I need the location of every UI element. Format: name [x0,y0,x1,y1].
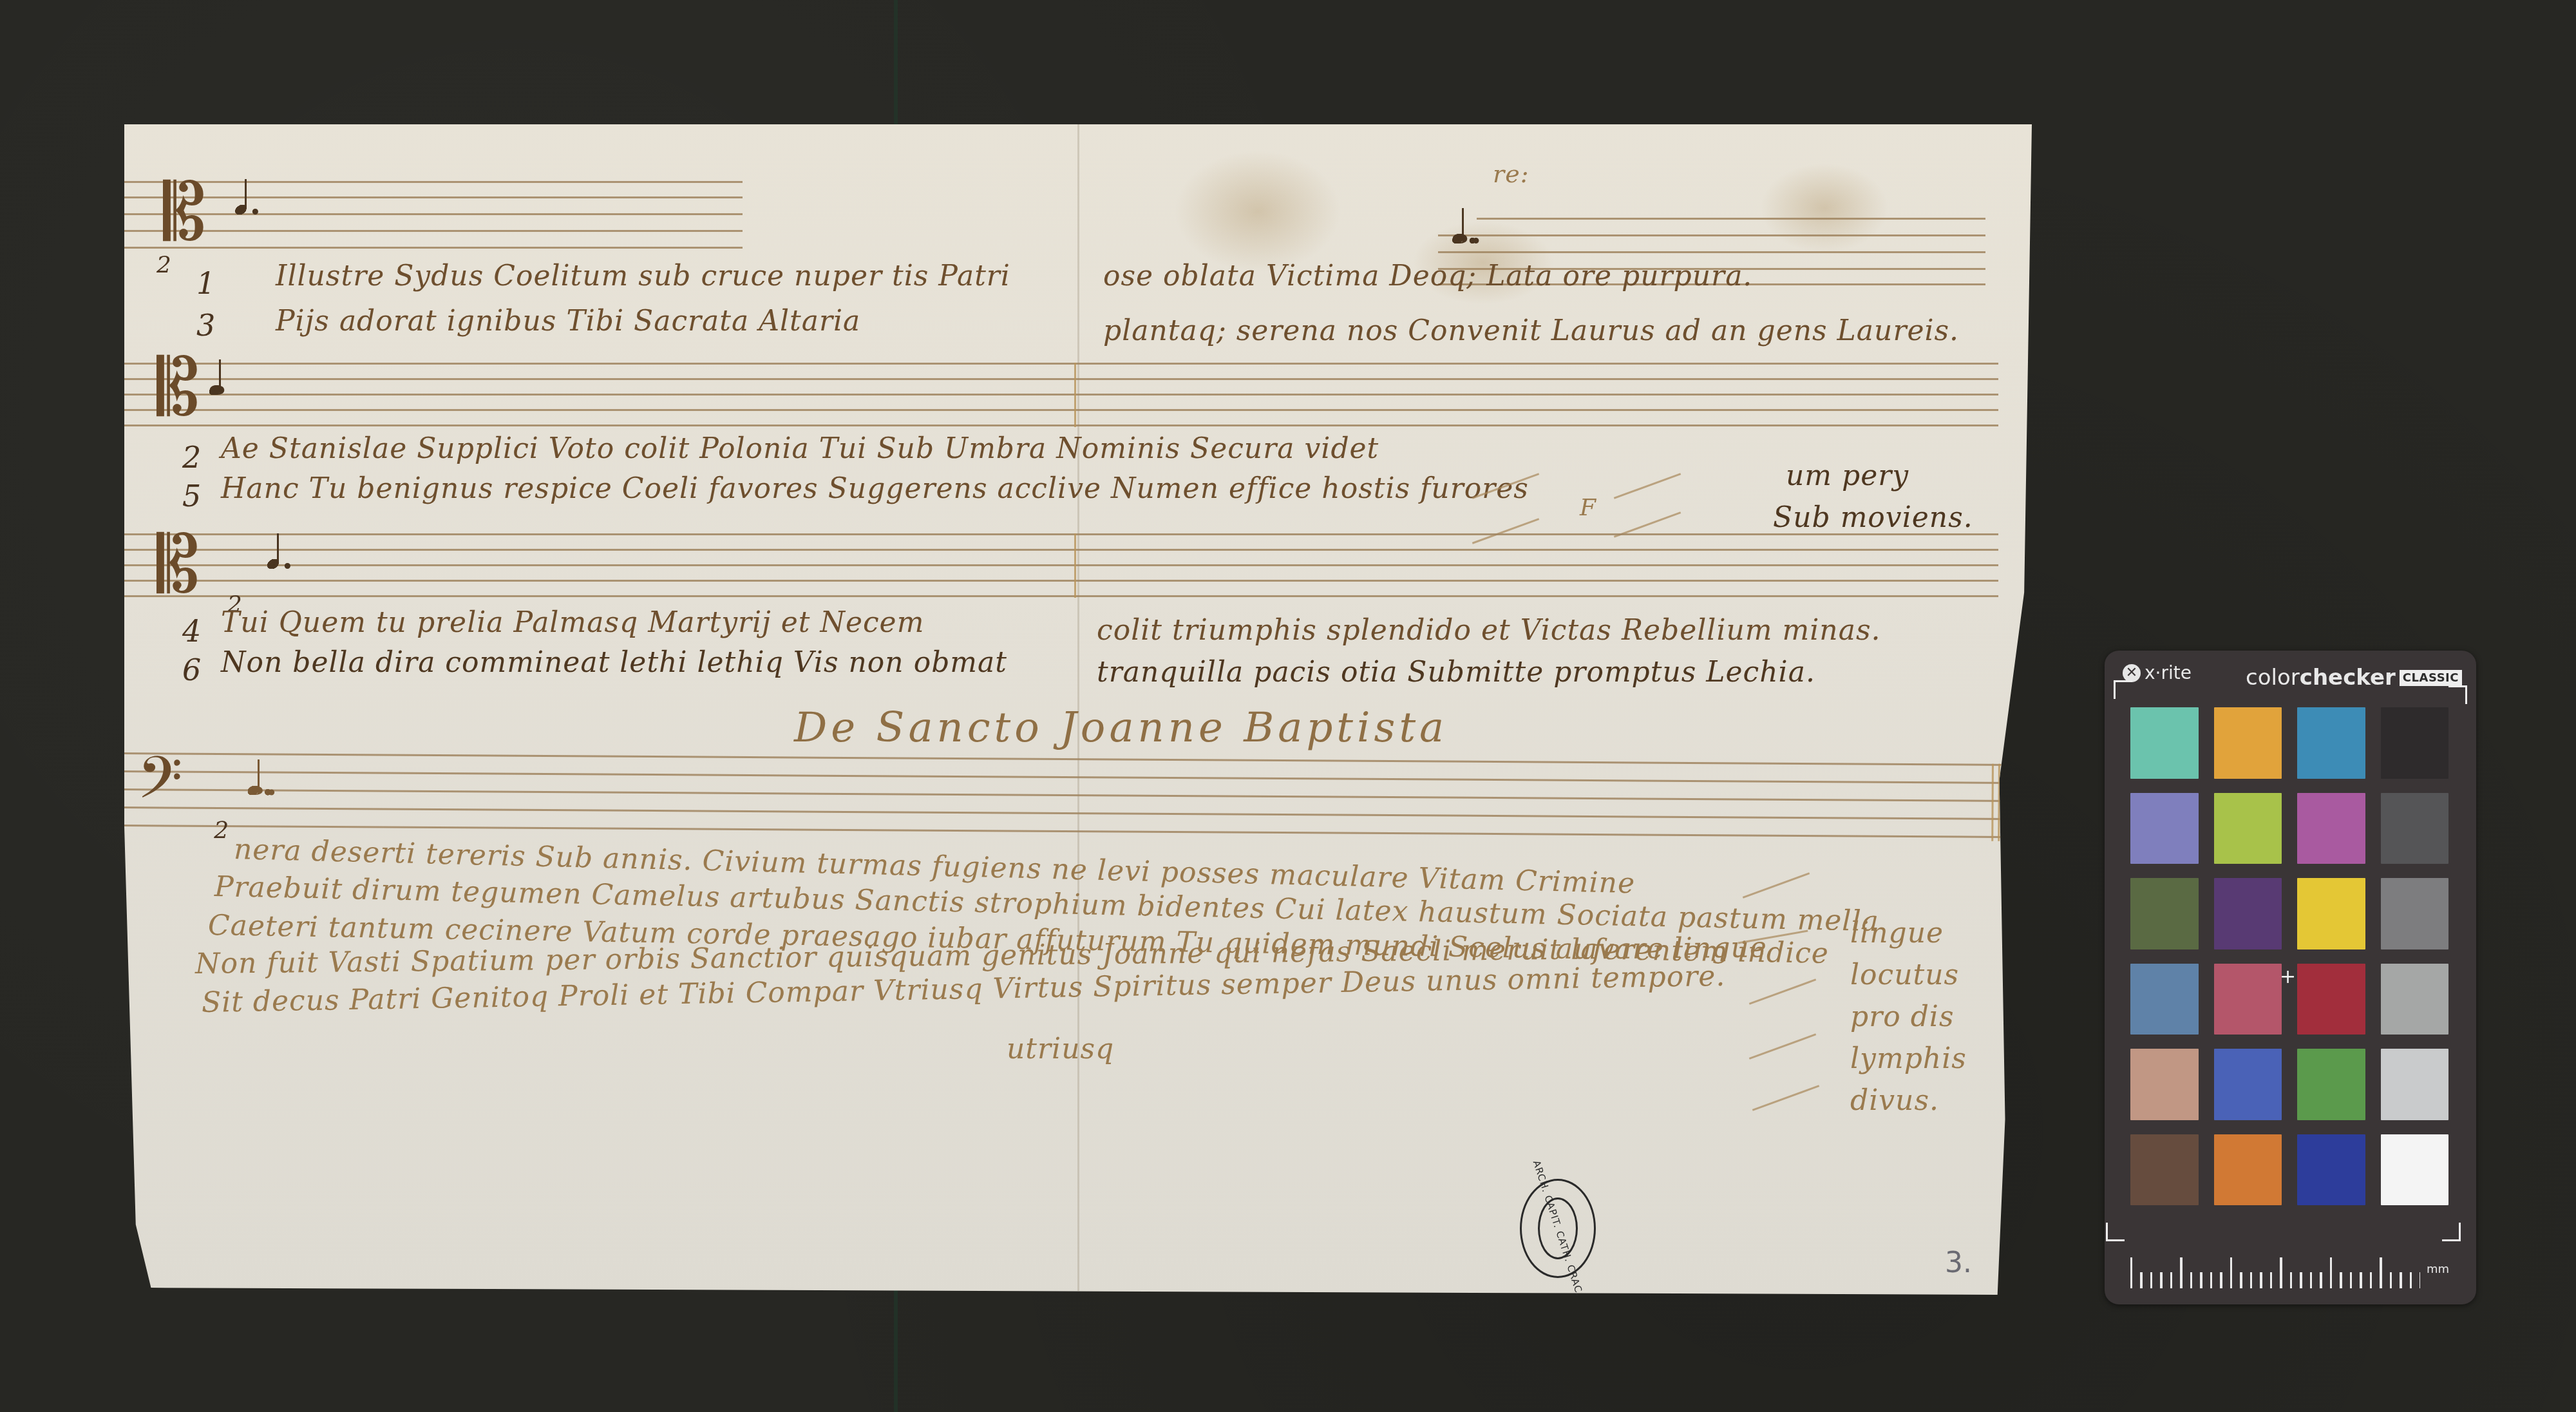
f-clef-icon: 𝄢 [137,749,182,820]
corner-mark-icon [2442,1223,2461,1241]
margin-note-line: lingue [1850,917,1967,949]
color-swatch [2297,1134,2365,1206]
color-swatch [2381,1049,2449,1120]
margin-note-line: divus. [1850,1084,1967,1117]
product-name: colorchecker CLASSIC [2246,665,2462,691]
x-rite-logo-icon: ✕ [2123,664,2141,682]
color-swatch [2130,964,2199,1035]
verse-number: 1 [196,266,215,301]
verse-number: 4 [182,614,201,649]
crosshair-icon: + [2280,968,2296,987]
archive-stamp: ARCH. CAPIT. CATH. CRAC. [1520,1179,1596,1278]
pen-stroke [1743,872,1810,898]
product-name-bold: checker [2300,665,2396,691]
note-icon: 𝅝. [1451,205,1483,250]
c-clef-icon: 𝄡 [163,175,206,252]
color-swatch [2381,878,2449,949]
color-swatch [2130,1049,2199,1120]
classic-badge: CLASSIC [2400,670,2462,686]
color-swatch [2297,793,2365,864]
lyric-verse-6-left: Non bella dira commineat lethi lethiq Vi… [221,646,1007,679]
color-swatch [2214,793,2282,864]
staff-3: F 𝄡 2 𝅗𝅥 𝅗𝅥 𝅘𝅥 𝅗𝅥 𝅗𝅥 𝅘𝅥 𝅗𝅥 𝅗𝅥 𝅗𝅥 𝅗𝅥 𝅘𝅥 𝅗… [118,533,1998,598]
verse-number: 5 [182,479,201,513]
color-swatch [2381,793,2449,864]
manuscript-page: 𝄡 2 𝅗𝅥 𝅘𝅥 𝅘𝅥 𝅗𝅥 𝅗𝅥 𝅗𝅥 𝅘𝅥 𝅘𝅥 𝅗𝅥. re: 𝅗𝅥. … [124,124,2032,1295]
color-swatch [2214,1134,2282,1206]
color-swatch [2297,707,2365,779]
lyric-verse-4-right: colit triumphis splendido et Victas Rebe… [1097,614,1880,647]
lyric-verse-4-left: Tui Quem tu prelia Palmasq Martyrij et N… [221,606,924,639]
lyric-verse-5-aside: Sub moviens. [1773,501,1973,534]
ruler-unit-label: mm [2427,1263,2449,1276]
pen-stroke [1614,473,1681,499]
staff-1-left: 𝄡 2 𝅗𝅥 𝅘𝅥 𝅘𝅥 𝅗𝅥 𝅗𝅥 𝅗𝅥 𝅘𝅥 𝅘𝅥 𝅗𝅥. [111,181,743,252]
color-swatch [2130,793,2199,864]
pen-stroke [1752,1085,1819,1111]
section-heading: De Sancto Joanne Baptista [794,704,1448,752]
color-swatch [2381,707,2449,779]
staff-2: 𝄡 𝅗𝅥 𝅘𝅥 𝅘𝅥 𝅘𝅥 𝅘𝅥 𝅗𝅥 𝅘𝅥 𝅘𝅥 𝅘𝅥 𝅘𝅥 𝅘𝅥 𝅘𝅥 𝅘𝅥… [118,363,1998,427]
verse-number: 6 [182,653,201,687]
hymn-line: utriusq [1007,1033,1114,1065]
color-swatch [2130,707,2199,779]
color-swatch [2297,1049,2365,1120]
color-swatch [2214,964,2282,1035]
lyric-verse-6-right: tranquilla pacis otia Submitte promptus … [1097,656,1815,689]
margin-note-line: locutus [1850,959,1967,991]
c-clef-icon: 𝄡 [156,527,200,604]
folio-number: 3. [1945,1246,1972,1279]
corner-mark-icon [2106,1223,2125,1241]
margin-note: lingue locutus pro dis lymphis divus. [1850,917,1967,1117]
color-swatch [2214,707,2282,779]
margin-note-line: lymphis [1850,1042,1967,1075]
color-swatch [2130,1134,2199,1206]
color-swatch-grid [2123,691,2456,1222]
note-icon: 𝅝. [247,756,279,801]
note-icon: 𝅗𝅥. [234,176,263,221]
color-swatch [2214,878,2282,949]
lyric-verse-2: Ae Stanislae Supplici Voto colit Polonia… [221,432,1379,465]
note-icon: 𝅗𝅥. [266,530,295,575]
lyric-verse-5: Hanc Tu benignus respice Coeli favores S… [221,472,1529,505]
color-checker-card: ✕ x·rite colorchecker CLASSIC + mm [2105,651,2476,1304]
verse-number: 2 [182,440,201,475]
pen-stroke [1749,1033,1816,1059]
water-stain [1174,150,1341,272]
time-signature: 2 [156,252,171,278]
color-swatch [2214,1049,2282,1120]
staff-4: 𝄢 2 𝅗𝅥 𝅗𝅥 𝅗𝅥. 𝅘𝅥 𝅗𝅥 𝅘𝅥 𝅘𝅥 𝅗𝅥. 𝅘𝅥 𝅘𝅥 𝅗𝅥 𝅗… [117,752,2008,841]
xrite-logo: ✕ x·rite [2123,662,2192,683]
margin-note-line: pro dis [1850,1000,1967,1033]
c-clef-icon: 𝄡 [156,350,200,427]
note-icon: 𝅝 [208,356,226,401]
lyric-verse-3-right: plantaq; serena nos Convenit Laurus ad a… [1103,314,1959,347]
annotation-re: re: [1493,160,1529,188]
mm-ruler-major-ticks [2130,1257,2420,1288]
annotation-f: F [1580,495,1596,521]
color-swatch [2381,964,2449,1035]
color-swatch [2381,1134,2449,1206]
time-signature: 2 [214,817,229,844]
lyric-verse-1-right: ose oblata Victima Deoq; Lata ore purpur… [1103,260,1752,292]
lyric-verse-1-left: Illustre Sydus Coelitum sub cruce nuper … [276,260,1010,292]
color-swatch [2297,878,2365,949]
product-name-light: color [2246,665,2300,691]
color-swatch [2130,878,2199,949]
brand-name: x·rite [2145,662,2192,683]
lyric-verse-2-aside: um pery [1786,459,1909,492]
lyric-verse-3-left: Pijs adorat ignibus Tibi Sacrata Altaria [276,305,860,338]
verse-number: 3 [196,308,215,343]
pen-stroke [1749,978,1816,1004]
color-swatch [2297,964,2365,1035]
